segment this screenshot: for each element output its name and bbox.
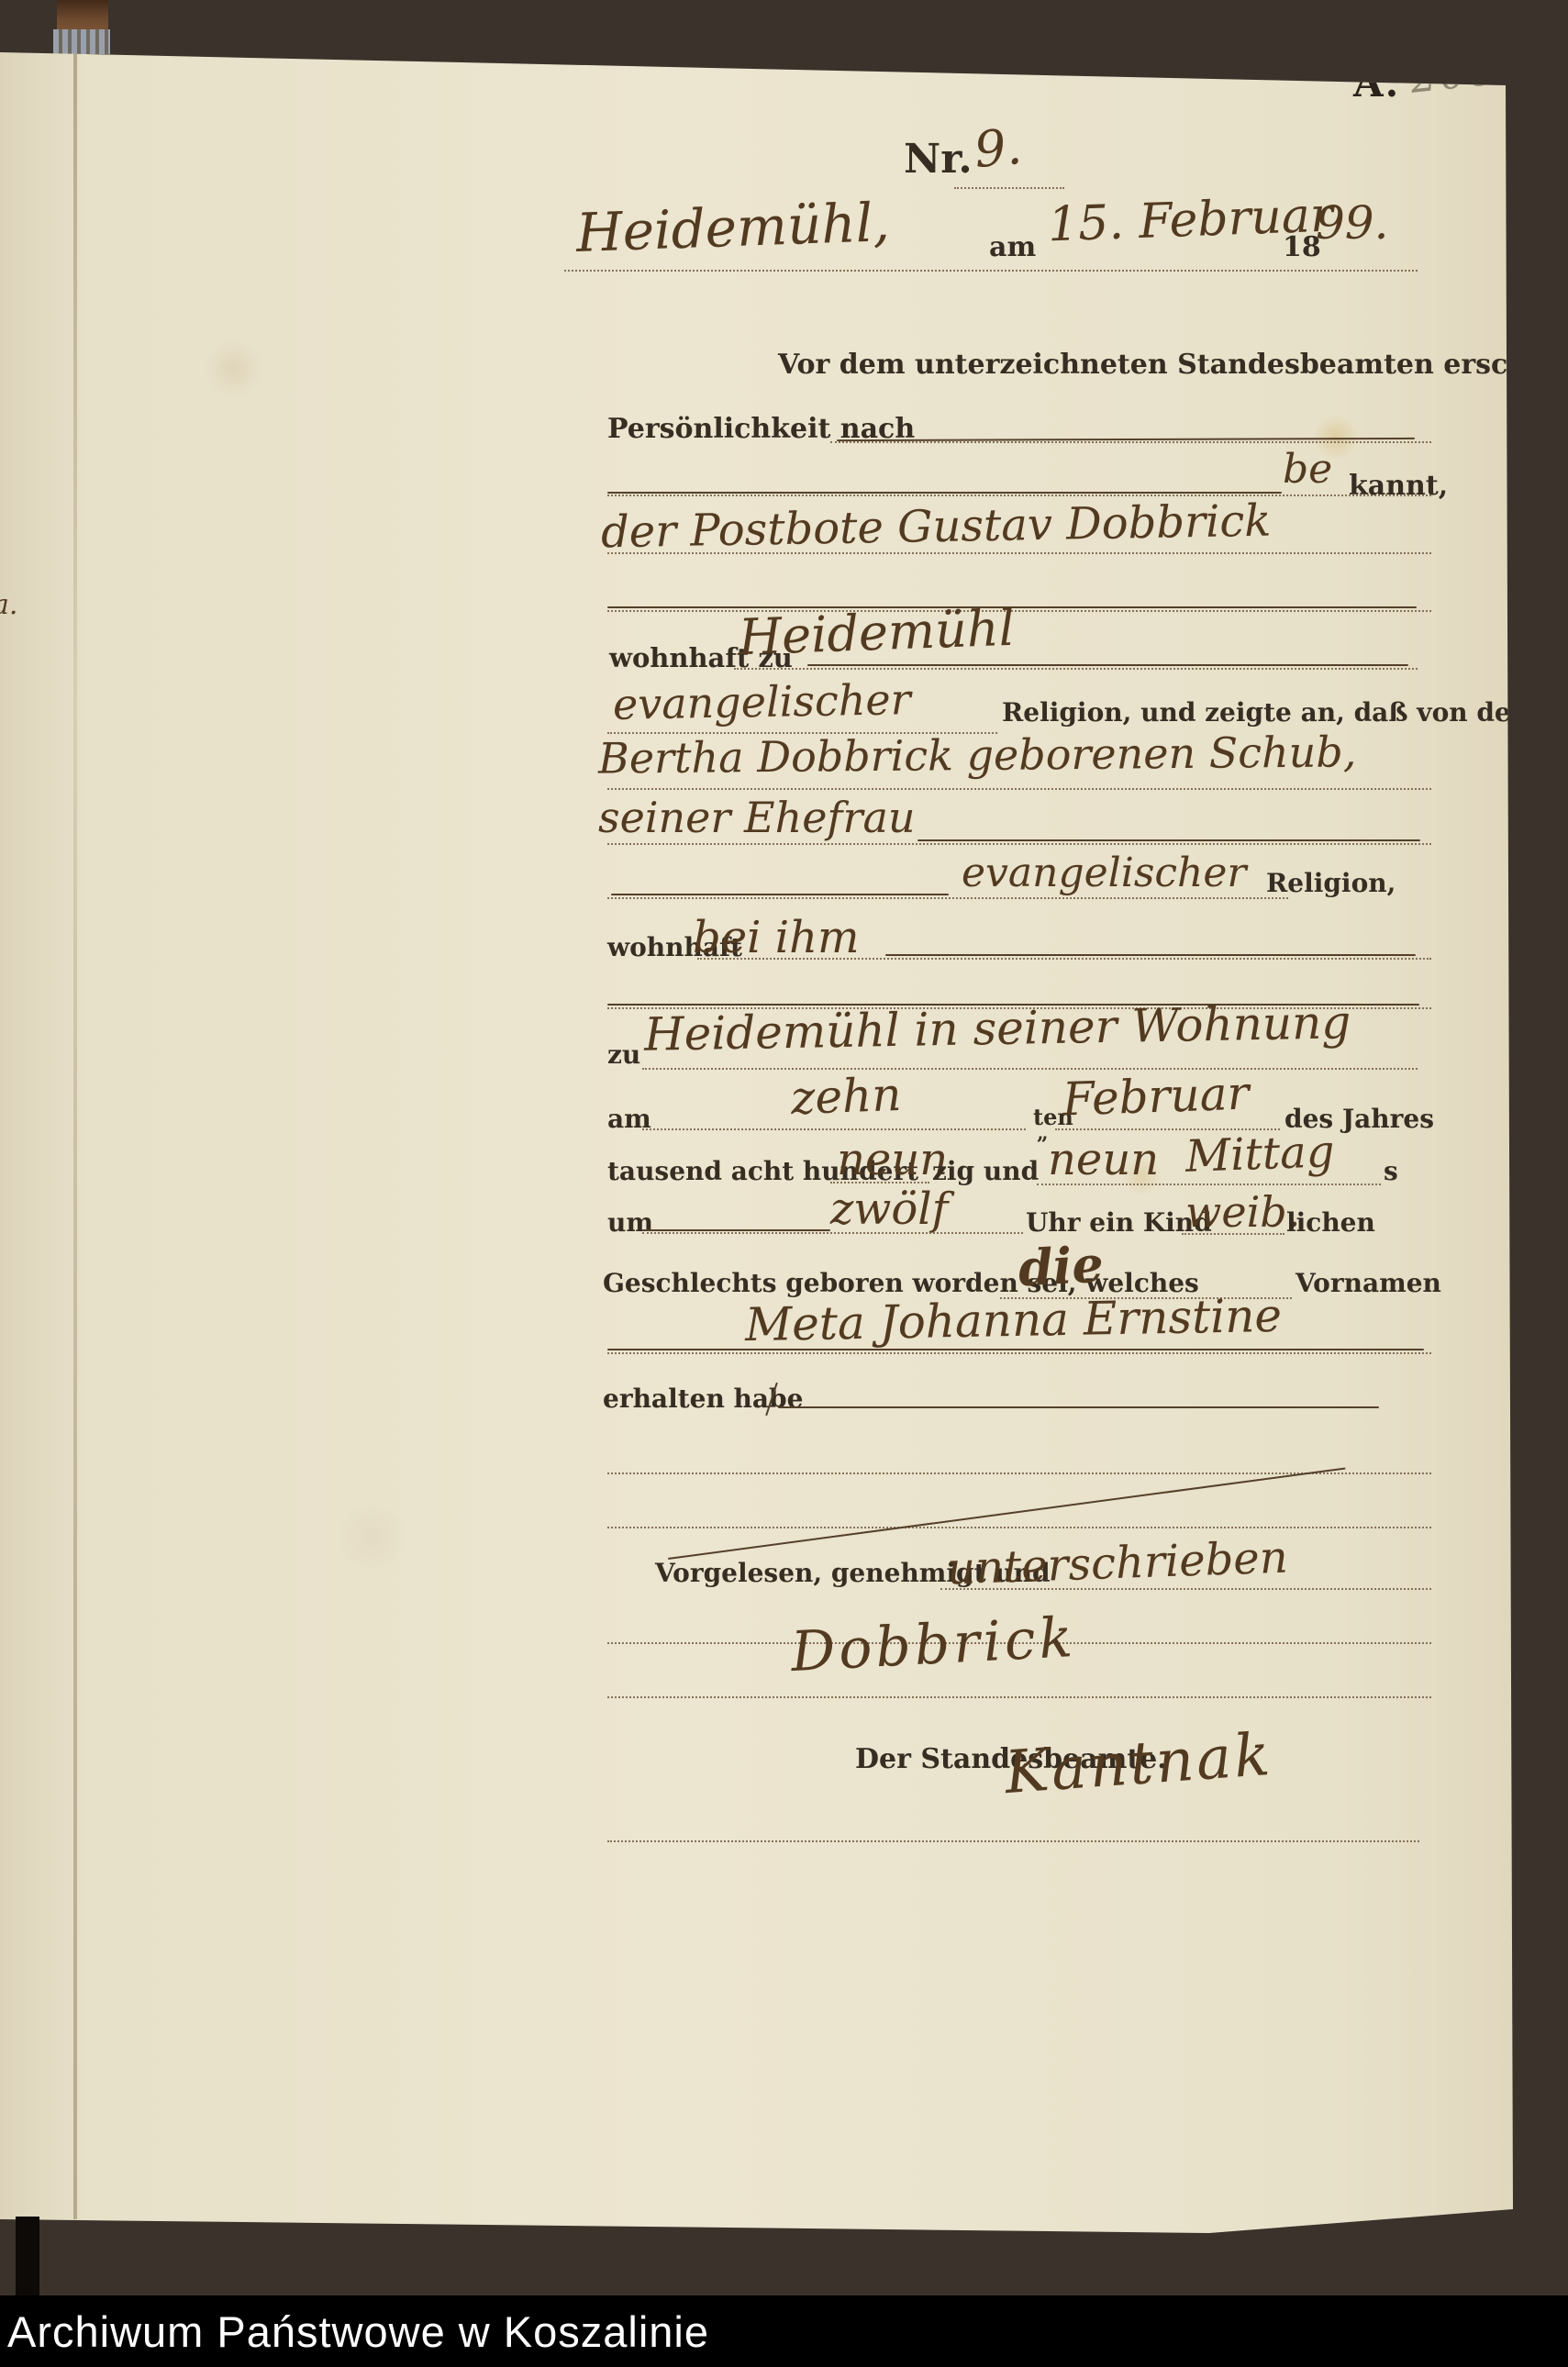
rule: [607, 843, 1431, 845]
rule: [607, 1352, 1431, 1354]
religion1-label: Religion, und zeigte an, daß von der: [1002, 697, 1525, 728]
ink-strike: [917, 839, 1420, 841]
stamp-letter: A.: [1353, 61, 1400, 106]
paper-stain: [330, 1505, 413, 1569]
place-handwritten: Heidemühl,: [575, 191, 891, 264]
rule: [607, 1696, 1431, 1698]
am-label: am: [989, 231, 1036, 263]
wohnhaft-handwritten: bei ihm: [693, 912, 860, 963]
spine-shadow: [16, 2217, 39, 2297]
rule: [607, 495, 1431, 496]
be-handwritten: be: [1283, 446, 1332, 493]
rule: [830, 441, 1431, 443]
archive-caption-bar: Archiwum Państwowe w Koszalinie: [0, 2295, 1568, 2367]
ink-strike: [807, 664, 1408, 666]
lichen-label: lichen: [1286, 1207, 1375, 1238]
mother-relation-handwritten: seiner Ehefrau: [598, 793, 916, 842]
pencil-number: 208: [1408, 47, 1501, 103]
rule: [697, 958, 1431, 960]
binding-wrap: [53, 29, 110, 54]
religion2-label: Religion,: [1266, 868, 1396, 898]
rule: [1037, 1183, 1381, 1185]
page-crease: [73, 52, 77, 2219]
rule: [607, 788, 1431, 790]
article-handwritten: die: [1017, 1235, 1105, 1298]
birth-place-handwritten: Heidemühl in seiner Wohnung: [644, 995, 1351, 1061]
year-handwritten: 99.: [1316, 196, 1389, 250]
ink-strike: [778, 1406, 1379, 1408]
document-scan: A. 208 a. Nr. 9. Heidemühl, am 15. Febru…: [0, 0, 1568, 2367]
record-number-label: Nr.: [904, 136, 973, 183]
ink-strike: [642, 1229, 830, 1231]
rule: [607, 897, 1288, 899]
paper-stain: [202, 341, 266, 396]
ten-mark: „: [1037, 1121, 1049, 1145]
decade-handwritten: neun: [837, 1134, 948, 1185]
ink-strike: [611, 894, 949, 895]
ink-strike: [885, 954, 1416, 956]
unit-handwritten: neun: [1048, 1134, 1159, 1185]
child-names-handwritten: Meta Johanna Ernstine: [745, 1289, 1283, 1351]
ink-strike: [607, 1349, 1424, 1350]
zig-und-label: zig und: [932, 1156, 1039, 1186]
register-page: A. 208 a. Nr. 9. Heidemühl, am 15. Febru…: [0, 0, 1516, 2237]
rule: [954, 187, 1064, 189]
religion2-handwritten: evangelischer: [962, 850, 1246, 896]
binding-thread: [57, 0, 108, 33]
day-handwritten: zehn: [790, 1068, 902, 1125]
mother-name-handwritten: Bertha Dobbrick geborenen Schub,: [598, 727, 1357, 783]
rule: [607, 1527, 1431, 1528]
rule: [642, 1128, 1026, 1130]
s-suffix-label: s: [1384, 1156, 1398, 1186]
residence-handwritten: Heidemühl: [738, 599, 1016, 666]
closing-handwritten: unterschrieben: [946, 1532, 1288, 1595]
zu-label: zu: [607, 1039, 640, 1070]
intro-line: Vor dem unterzeichneten Standesbeamten e…: [778, 349, 1568, 381]
rule: [734, 668, 1418, 670]
declarant-signature: Dobbrick: [789, 1606, 1077, 1684]
religion1-handwritten: evangelischer: [613, 674, 911, 729]
margin-mark: a.: [0, 589, 17, 621]
registrar-signature: Kantnak: [1003, 1721, 1275, 1807]
declarant-handwritten: der Postbote Gustav Dobbrick: [601, 495, 1272, 559]
rule: [940, 1588, 1431, 1590]
record-number-value: 9.: [972, 117, 1024, 179]
gender-handwritten: weib.: [1185, 1187, 1300, 1237]
vornamen-label: Vornamen: [1296, 1268, 1441, 1298]
rule: [564, 270, 1418, 272]
rule: [642, 1068, 1418, 1070]
rule: [607, 610, 1431, 612]
archive-caption-text: Archiwum Państwowe w Koszalinie: [7, 2306, 709, 2357]
month-handwritten: Februar: [1062, 1066, 1250, 1126]
hour-handwritten: zwölf: [830, 1183, 948, 1235]
mittag-handwritten: Mittag: [1184, 1126, 1335, 1183]
kannt-label: kannt,: [1349, 470, 1448, 502]
rule: [607, 552, 1431, 554]
rule: [1182, 1233, 1284, 1235]
ink-strike: [607, 492, 1282, 494]
rule: [607, 1840, 1419, 1842]
rule: [642, 1232, 1023, 1234]
